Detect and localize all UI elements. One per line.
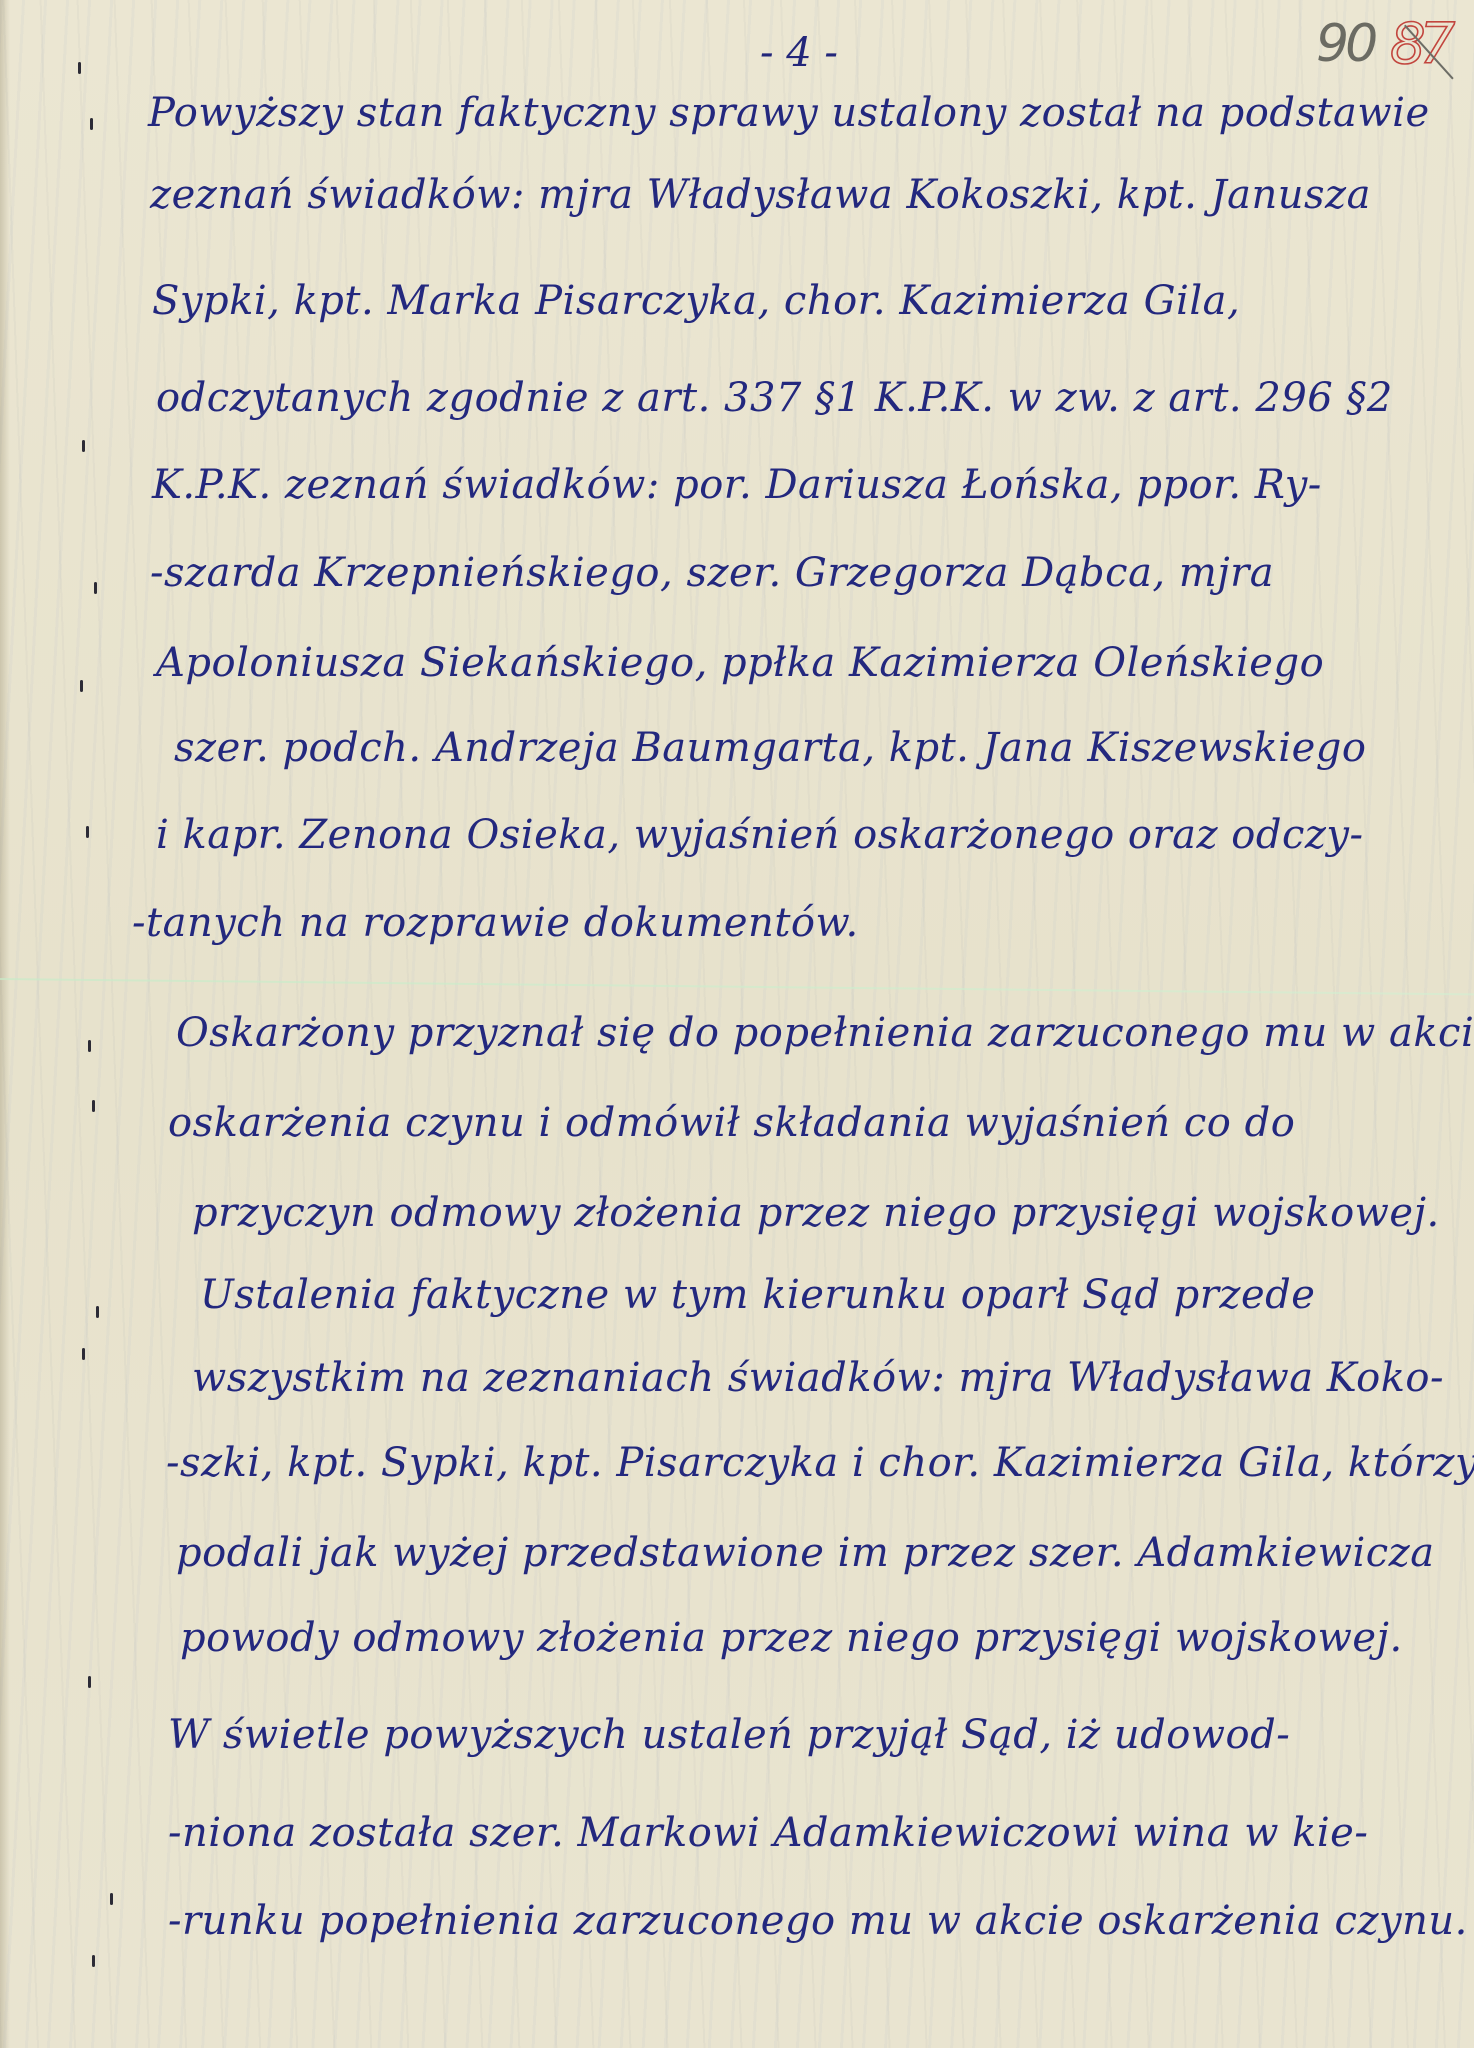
- margin-mark: [90, 118, 93, 130]
- scanned-document-page: - 4 - 90 87 Powyższy stan faktyczny spra…: [0, 0, 1474, 2048]
- margin-mark: [80, 680, 83, 692]
- margin-mark: [96, 1306, 99, 1318]
- folio-number: 90: [1316, 14, 1374, 74]
- handwritten-line: Apoloniusza Siekańskiego, ppłka Kazimier…: [156, 640, 1324, 686]
- margin-mark: [110, 1893, 113, 1905]
- margin-mark: [82, 440, 85, 452]
- handwritten-line: zeznań świadków: mjra Władysława Kokoszk…: [150, 172, 1371, 218]
- margin-mark: [88, 1040, 91, 1052]
- page-edge-shadow: [0, 0, 10, 2048]
- handwritten-line: i kapr. Zenona Osieka, wyjaśnień oskarżo…: [156, 812, 1364, 858]
- paper-fold-line: [0, 978, 1474, 995]
- handwritten-line: podali jak wyżej przedstawione im przez …: [176, 1530, 1435, 1576]
- handwritten-line: wszystkim na zeznaniach świadków: mjra W…: [192, 1355, 1444, 1401]
- handwritten-line: odczytanych zgodnie z art. 337 §1 K.P.K.…: [156, 375, 1393, 421]
- handwritten-line: -szarda Krzepnieńskiego, szer. Grzegorza…: [150, 550, 1274, 596]
- margin-mark: [82, 1348, 85, 1360]
- handwritten-line: -niona została szer. Markowi Adamkiewicz…: [168, 1810, 1368, 1856]
- handwritten-line: Sypki, kpt. Marka Pisarczyka, chor. Kazi…: [152, 278, 1240, 324]
- handwritten-line: powody odmowy złożenia przez niego przys…: [180, 1615, 1403, 1661]
- handwritten-line: oskarżenia czynu i odmówił składania wyj…: [168, 1100, 1295, 1146]
- handwritten-line: Powyższy stan faktyczny sprawy ustalony …: [148, 90, 1430, 136]
- margin-mark: [94, 582, 97, 594]
- page-number: - 4 -: [760, 30, 838, 76]
- handwritten-line: Ustalenia faktyczne w tym kierunku oparł…: [200, 1272, 1315, 1318]
- handwritten-line: K.P.K. zeznań świadków: por. Dariusza Ło…: [152, 462, 1322, 508]
- handwritten-line: -runku popełnienia zarzuconego mu w akci…: [168, 1898, 1468, 1944]
- margin-mark: [86, 826, 89, 838]
- handwritten-line: Oskarżony przyznał się do popełnienia za…: [176, 1010, 1474, 1056]
- handwritten-line: przyczyn odmowy złożenia przez niego prz…: [192, 1190, 1440, 1236]
- handwritten-line: W świetle powyższych ustaleń przyjął Sąd…: [168, 1712, 1290, 1758]
- margin-mark: [92, 1955, 95, 1967]
- margin-mark: [78, 62, 81, 74]
- handwritten-line: -tanych na rozprawie dokumentów.: [132, 900, 859, 946]
- margin-mark: [92, 1100, 95, 1112]
- handwritten-line: -szki, kpt. Sypki, kpt. Pisarczyka i cho…: [166, 1440, 1474, 1486]
- margin-mark: [88, 1676, 91, 1688]
- handwritten-line: szer. podch. Andrzeja Baumgarta, kpt. Ja…: [174, 725, 1366, 771]
